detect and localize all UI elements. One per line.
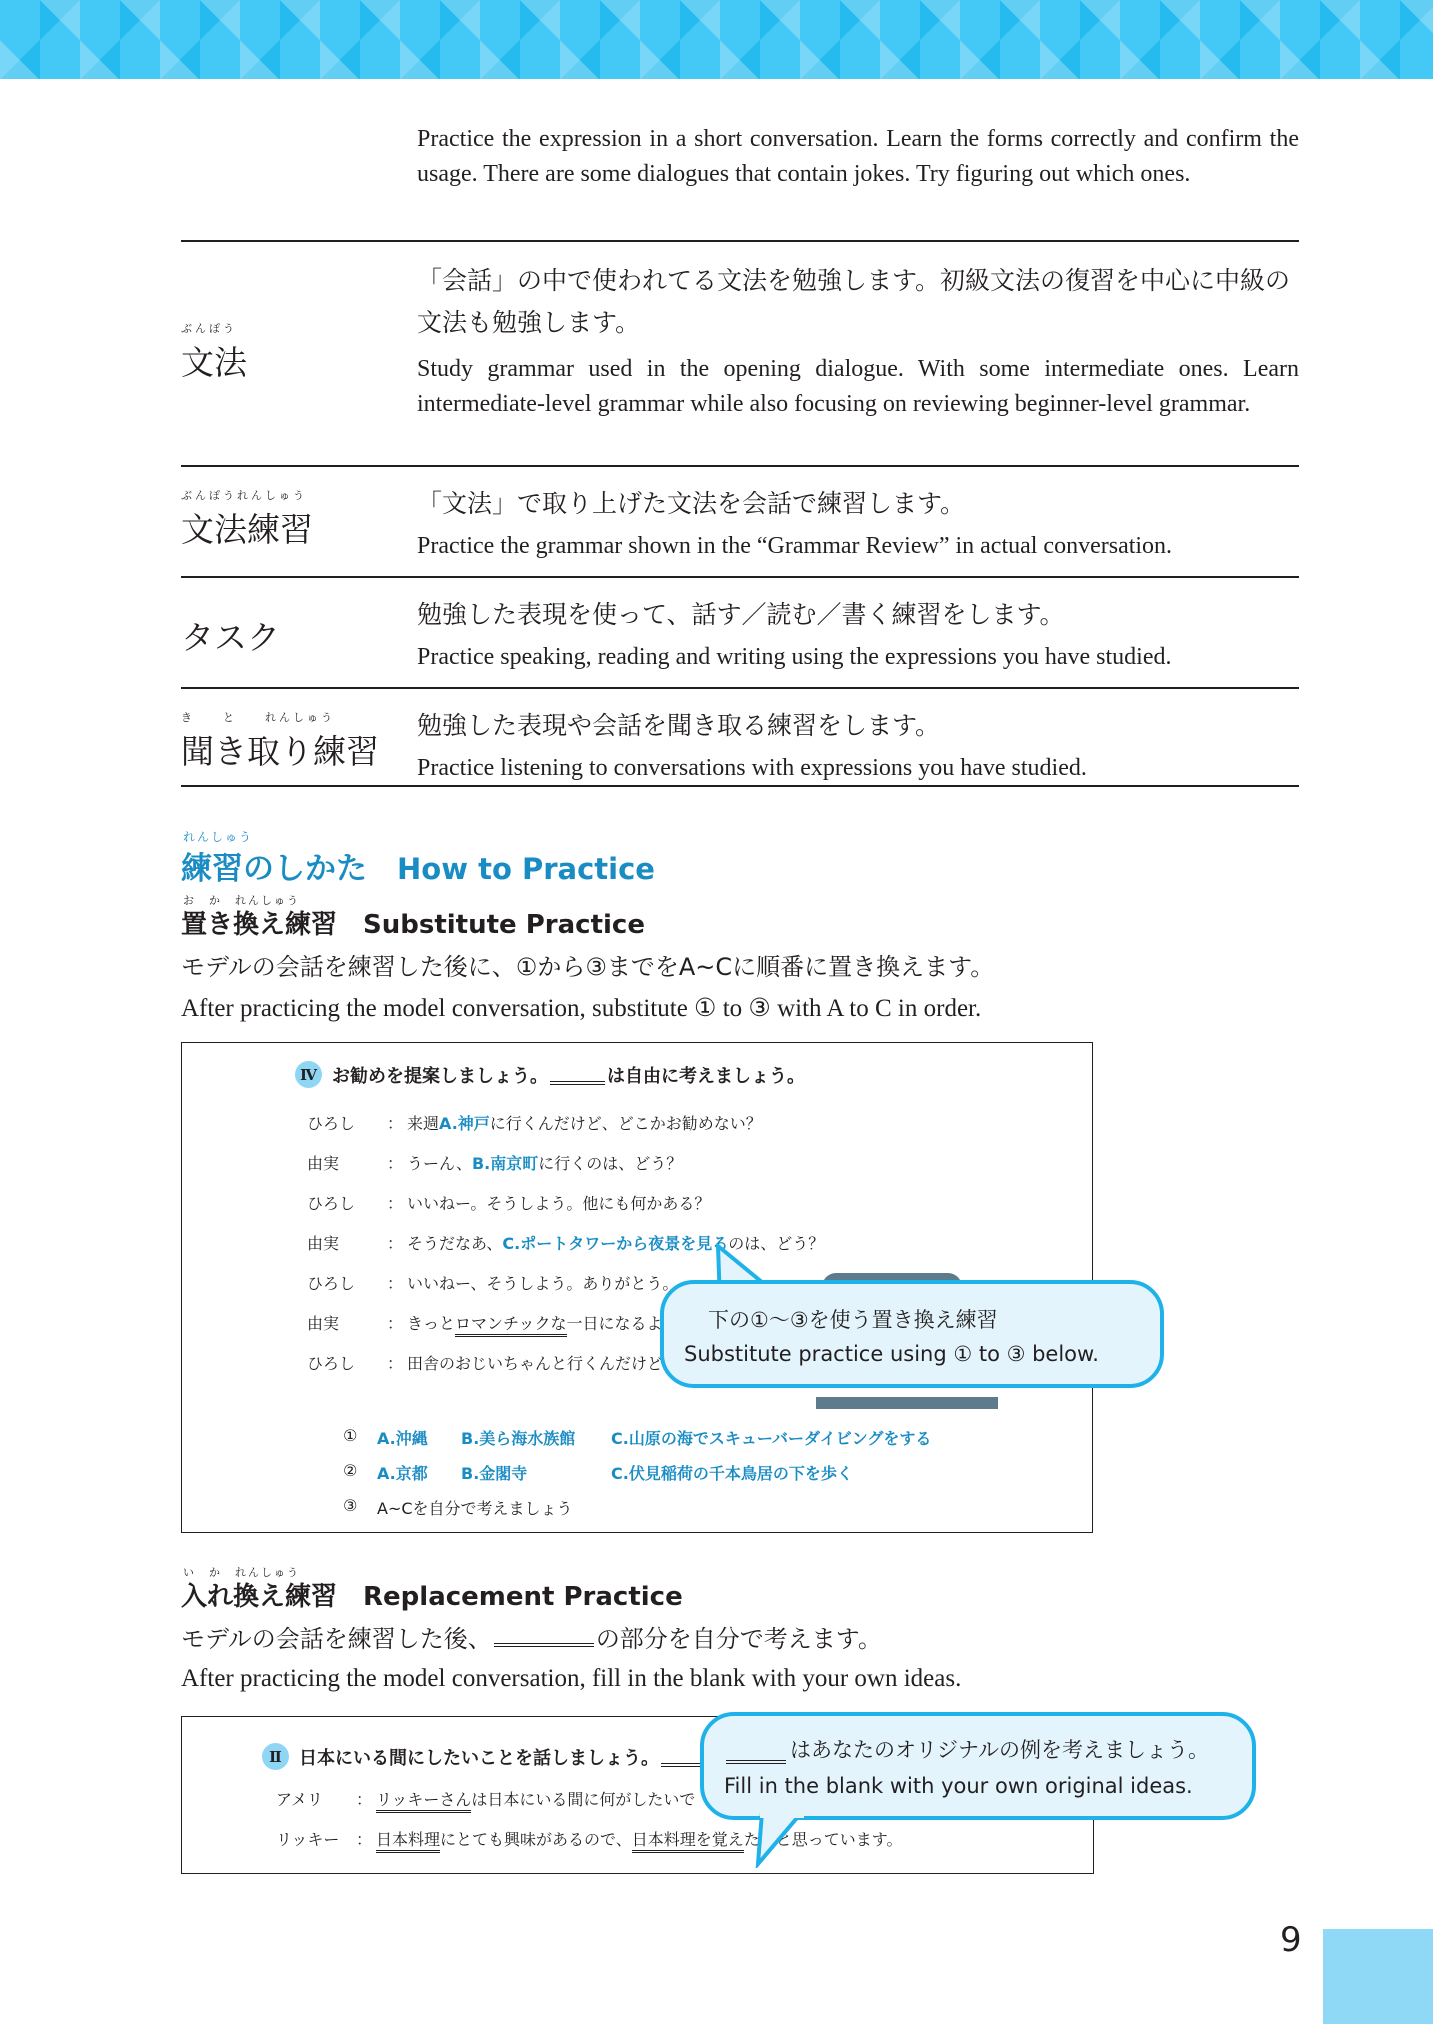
term-text: 文法練習 [181,510,313,549]
callout-tail [752,1812,812,1868]
roman-numeral-badge: Ⅱ [262,1743,289,1770]
option-c: C.山原の海でスキューバーダイビングをする [611,1426,931,1449]
table-row-task: タスク 勉強した表現を使って、話す／読む／書く練習をします。 Practice … [181,576,1299,687]
callout-text-en: Substitute practice using ① to ③ below. [684,1342,1099,1366]
term-ruby: ぶんぽう [181,322,247,335]
description-jp: 「会話」の中で使われてる文法を勉強します。初級文法の復習を中心に中級の文法も勉強… [417,260,1299,344]
dialogue-line: ひろし ： 田舎のおじいちゃんと行くんだけど [307,1351,663,1374]
page-tab-decoration [1323,1929,1433,2024]
subsection-title-en: Substitute Practice [363,910,645,940]
blank-line [550,1065,605,1085]
colon: ： [356,1827,376,1853]
table-row-grammar-practice: ぶんぽうれんしゅう 文法練習 「文法」で取り上げた文法を会話で練習します。 Pr… [181,465,1299,576]
option-row-3: ③ A~Cを自分で考えましょう [343,1496,573,1519]
dialogue-line: ひろし ： いいねー、そうしよう。ありがとう。 [307,1271,678,1294]
exercise-heading: Ⅱ 日本にいる間にしたいことを話しましょう。 [262,1743,718,1770]
line-text: いいねー。そうしよう。他にも何かある？ [407,1191,710,1214]
subsection-title-substitute: 置き換え練習Substitute Practice [181,904,645,941]
intro-paragraph: Practice the expression in a short conve… [417,122,1299,192]
colon: ： [387,1191,407,1214]
description-en: Study grammar used in the opening dialog… [417,352,1299,422]
term-description: 勉強した表現を使って、話す／読む／書く練習をします。 Practice spea… [417,596,1299,675]
callout-replacement: はあなたのオリジナルの例を考えましょう。 Fill in the blank w… [700,1712,1256,1820]
line-text: 田舎のおじいちゃんと行くんだけど [407,1351,663,1374]
term-description: 「会話」の中で使われてる文法を勉強します。初級文法の復習を中心に中級の文法も勉強… [417,260,1299,422]
roman-numeral-badge: Ⅳ [295,1061,322,1088]
table-row-listening: き と れんしゅう 聞き取り練習 勉強した表現や会話を聞き取る練習をします。 P… [181,687,1299,787]
exercise-heading-text-2: は自由に考えましょう。 [607,1062,805,1088]
callout-text-en: Fill in the blank with your own original… [724,1774,1193,1798]
speaker-name: ひろし [307,1351,387,1374]
section-title-jp: 練習のしかた [181,851,367,887]
term-label: ぶんぽう 文法 [181,322,247,384]
line-text: うーん、 [407,1151,472,1174]
description-en: Practice speaking, reading and writing u… [417,640,1299,675]
dialogue-line: ひろし ： いいねー。そうしよう。他にも何かある？ [307,1191,710,1214]
description-en: Practice the grammar shown in the “Gramm… [417,529,1299,564]
colon: ： [387,1151,407,1174]
speaker-name: 由実 [307,1151,387,1174]
option-number: ① [343,1426,377,1449]
option-c: C.伏見稲荷の千本鳥居の下を歩く [611,1461,853,1484]
term-text: 聞き取り練習 [181,732,379,771]
description-jp: 「文法」で取り上げた文法を会話で練習します。 [417,485,1299,523]
term-label: き と れんしゅう 聞き取り練習 [181,711,379,773]
line-text: に行くんだけど、どこかお勧めない？ [490,1111,762,1134]
replacement-desc-jp: モデルの会話を練習した後、の部分を自分で考えます。 [181,1619,882,1654]
speaker-name: アメリ [276,1787,356,1813]
colon: ： [356,1787,376,1813]
line-text: は日本にいる間に何がしたいで [471,1787,695,1813]
exercise-heading-text: 日本にいる間にしたいことを話しましょう。 [299,1744,659,1770]
subsection-title-jp: 置き換え練習 [181,910,337,940]
replacement-desc-en: After practicing the model conversation,… [181,1665,961,1693]
speaker-name: ひろし [307,1111,387,1134]
underlined-phrase: ロマンチックな [455,1311,567,1337]
blank-line [726,1742,786,1764]
section-title-how-to-practice: 練習のしかたHow to Practice [181,843,655,888]
callout-substitute: 下の①～③を使う置き換え練習 Substitute practice using… [660,1280,1164,1388]
term-text: タスク [181,618,280,657]
option-text: A~Cを自分で考えましょう [377,1496,573,1519]
substitute-desc-jp: モデルの会話を練習した後に、①から③までをA~Cに順番に置き換えます。 [181,947,994,982]
substitution-a: A.神戸 [439,1111,490,1134]
speaker-name: 由実 [307,1231,387,1254]
option-number: ② [343,1461,377,1484]
dialogue-line: ひろし ： 来週 A.神戸 に行くんだけど、どこかお勧めない？ [307,1111,762,1134]
colon: ： [387,1351,407,1374]
line-text: に行くのは、どう？ [538,1151,682,1174]
section-title-en: How to Practice [397,852,655,886]
subsection-title-jp: 入れ換え練習 [181,1582,337,1612]
dialogue-line: 由実 ： うーん、B.南京町 に行くのは、どう？ [307,1151,682,1174]
dialogue-line: アメリ ： リッキーさんは日本にいる間に何がしたいで [276,1787,695,1813]
option-row-1: ① A.沖縄 B.美ら海水族館 C.山原の海でスキューバーダイビングをする [343,1426,931,1449]
term-ruby: ぶんぽうれんしゅう [181,489,313,502]
term-description: 「文法」で取り上げた文法を会話で練習します。 Practice the gram… [417,485,1299,564]
callout-tail-joint [724,1286,784,1294]
underlined-phrase: 日本料理を覚え [632,1827,744,1853]
line-text: いいねー、そうしよう。ありがとう。 [407,1271,678,1294]
option-row-2: ② A.京都 B.金閣寺 C.伏見稲荷の千本鳥居の下を歩く [343,1461,853,1484]
line-text: そうだなあ、 [407,1231,502,1254]
substitution-c: C.ポートタワーから夜景を見る [502,1231,728,1254]
speaker-name: 由実 [307,1311,387,1337]
term-description: 勉強した表現や会話を聞き取る練習をします。 Practice listening… [417,707,1299,786]
speaker-name: ひろし [307,1271,387,1294]
speaker-name: リッキー [276,1827,356,1853]
decorative-header-pattern [0,0,1433,79]
description-en: Practice listening to conversations with… [417,751,1299,786]
desc-text: の部分を自分で考えます。 [596,1625,882,1653]
line-text: にとても興味があるので、 [440,1827,632,1853]
subsection-title-en: Replacement Practice [363,1582,683,1612]
exercise-heading-text: お勧めを提案しましょう。 [332,1062,548,1088]
line-text: きっと [407,1311,455,1337]
colon: ： [387,1111,407,1134]
colon: ： [387,1271,407,1294]
callout-text-jp: はあなたのオリジナルの例を考えましょう。 [790,1734,1209,1764]
callout-jp-line: はあなたのオリジナルの例を考えましょう。 [724,1734,1209,1764]
speaker-name: ひろし [307,1191,387,1214]
description-jp: 勉強した表現を使って、話す／読む／書く練習をします。 [417,596,1299,634]
underlined-phrase: リッキーさん [376,1787,471,1813]
option-a: A.沖縄 [377,1426,461,1449]
underlined-phrase: 日本料理 [376,1827,440,1853]
option-b: B.金閣寺 [461,1461,611,1484]
term-text: 文法 [181,343,247,382]
option-a: A.京都 [377,1461,461,1484]
term-ruby: き と れんしゅう [181,711,379,724]
callout-text-jp: 下の①～③を使う置き換え練習 [708,1304,998,1334]
water-illustration [816,1397,998,1409]
substitute-desc-en: After practicing the model conversation,… [181,993,981,1023]
term-label: ぶんぽうれんしゅう 文法練習 [181,489,313,551]
desc-text: モデルの会話を練習した後、 [181,1625,492,1653]
option-b: B.美ら海水族館 [461,1426,611,1449]
table-row-grammar: ぶんぽう 文法 「会話」の中で使われてる文法を勉強します。初級文法の復習を中心に… [181,240,1299,465]
colon: ： [387,1231,407,1254]
term-label: タスク [181,612,280,659]
subsection-title-replacement: 入れ換え練習Replacement Practice [181,1576,683,1613]
exercise-heading: Ⅳ お勧めを提案しましょう。 は自由に考えましょう。 [295,1061,805,1088]
line-text: 来週 [407,1111,439,1134]
colon: ： [387,1311,407,1337]
blank-line [494,1623,594,1647]
callout-tail-joint [760,1810,804,1818]
description-jp: 勉強した表現や会話を聞き取る練習をします。 [417,707,1299,745]
page-number: 9 [1280,1920,1302,1960]
dialogue-line: 由実 ： きっとロマンチックな一日になるよ。 [307,1311,679,1337]
option-number: ③ [343,1496,377,1519]
substitution-b: B.南京町 [472,1151,538,1174]
